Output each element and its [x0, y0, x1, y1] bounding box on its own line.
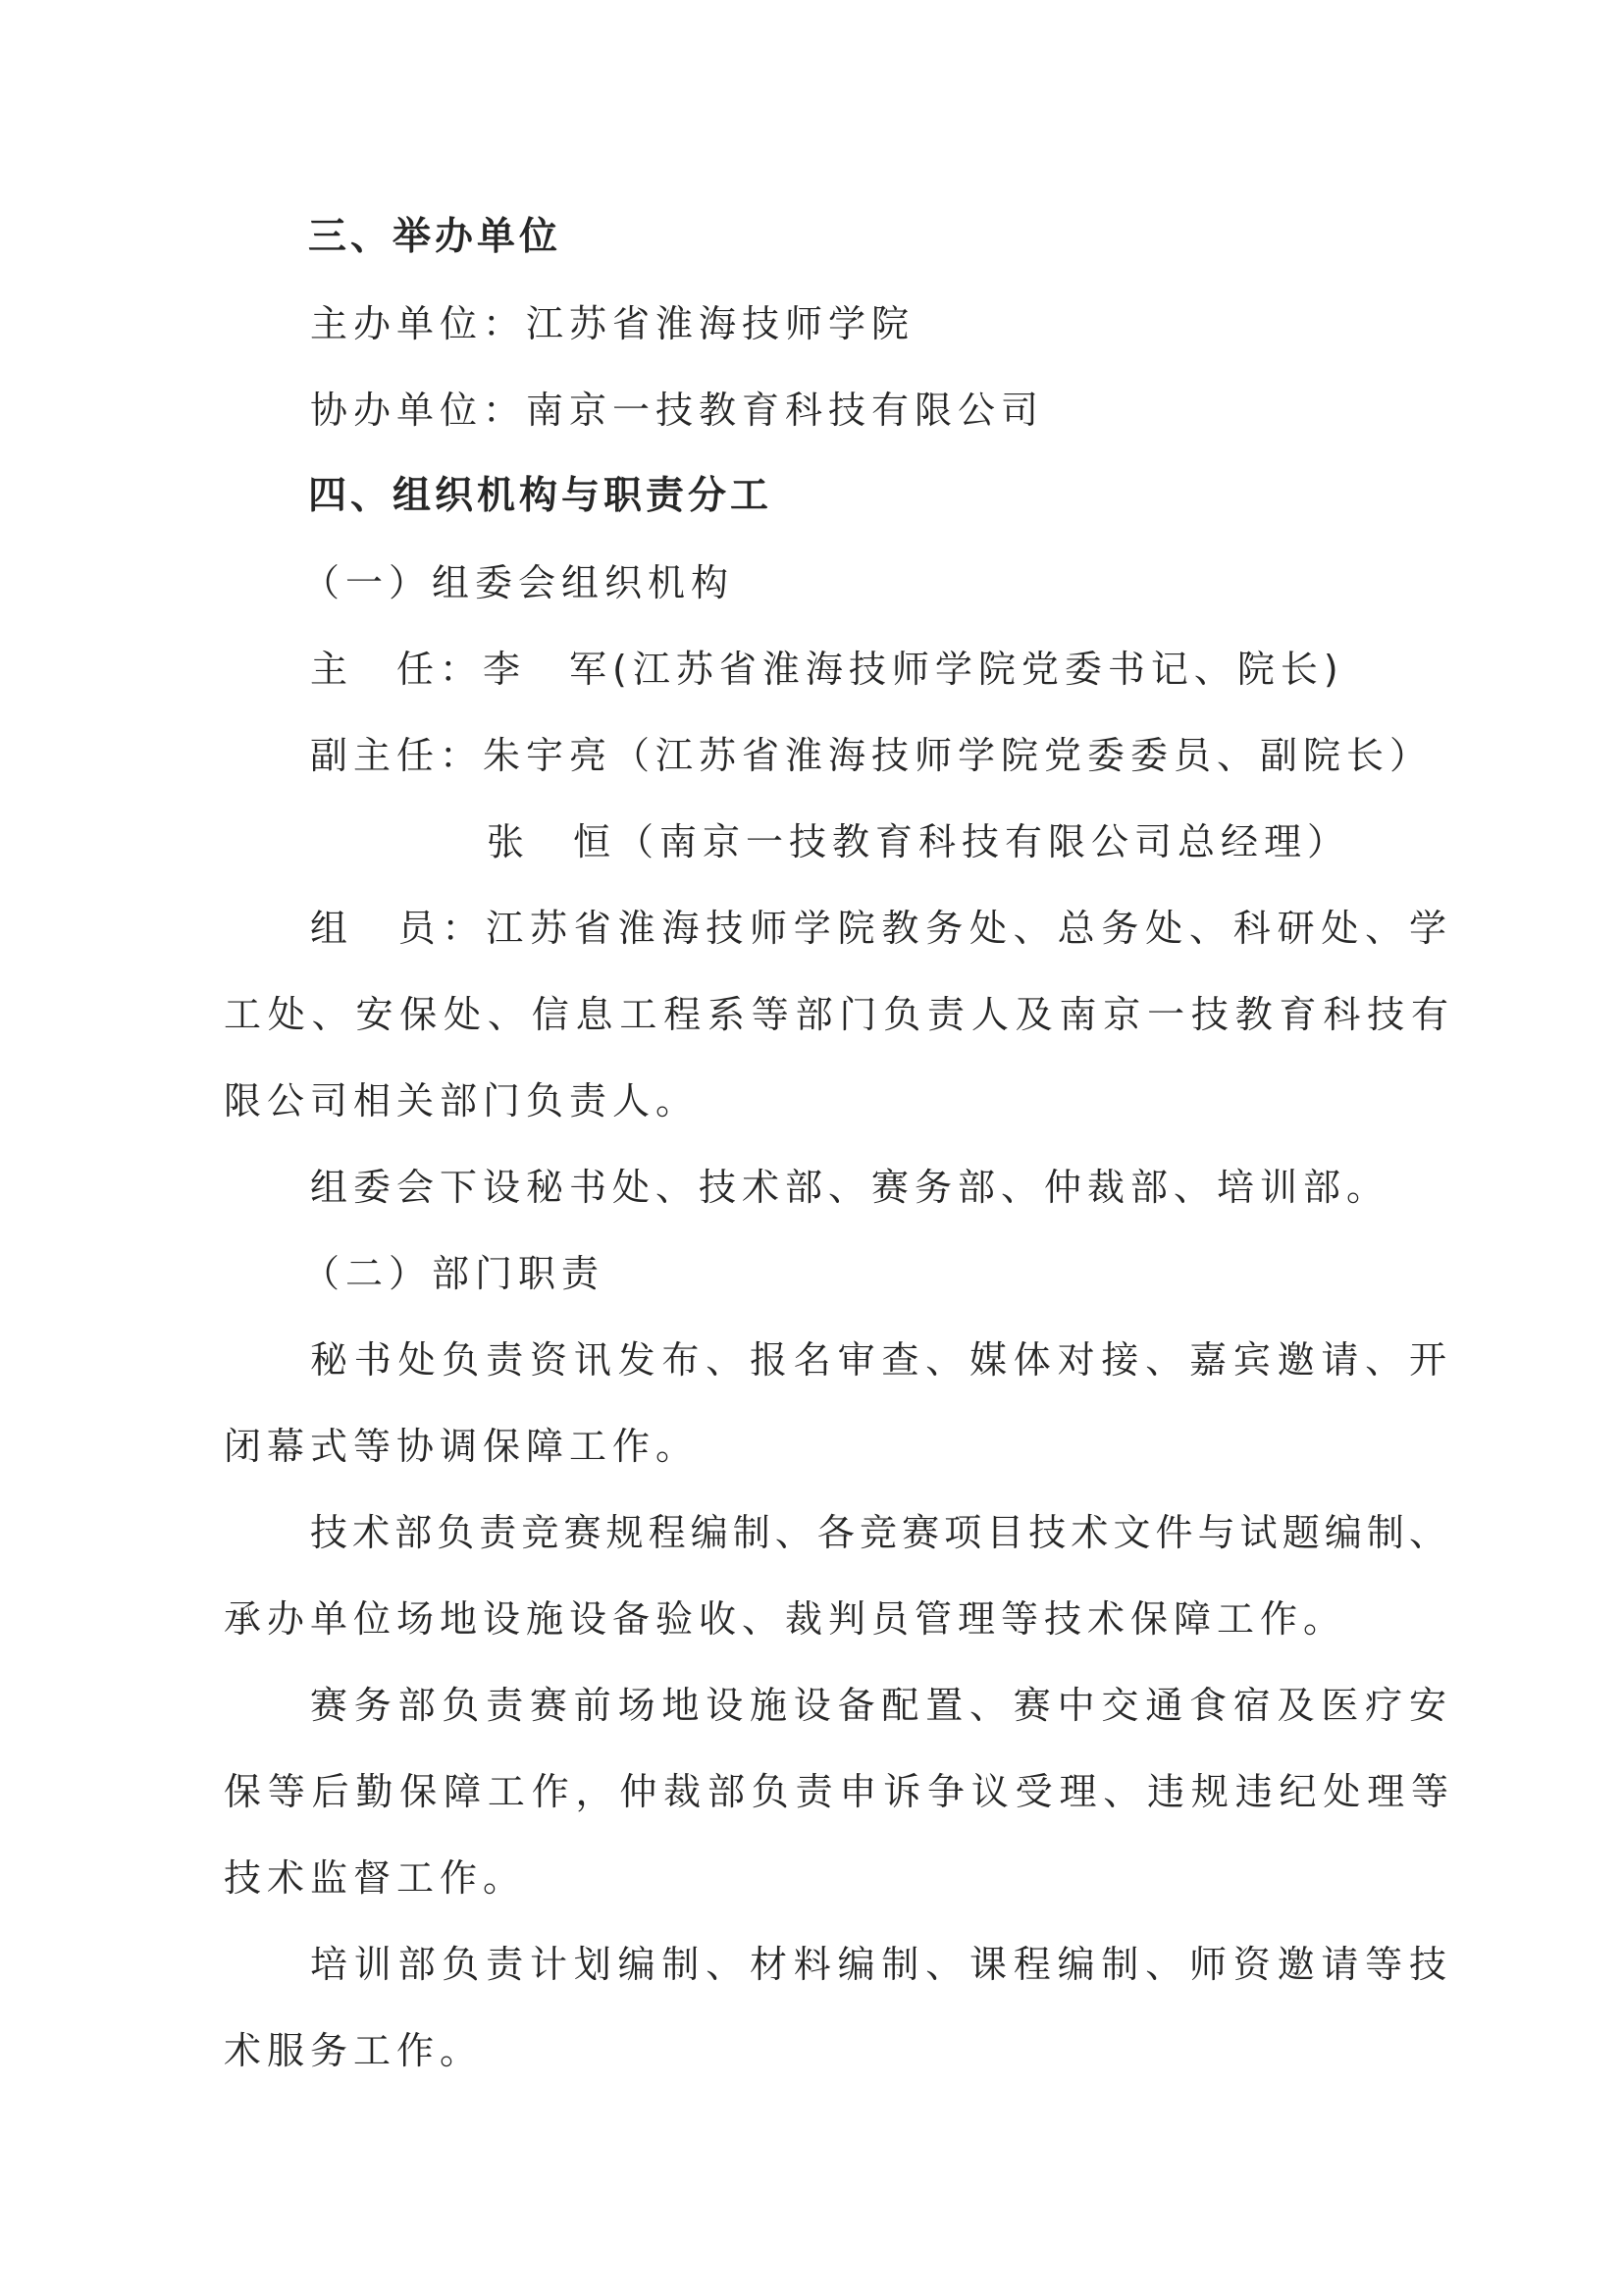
host-organizer-line: 主办单位：江苏省淮海技师学院: [224, 281, 1450, 367]
document-page: 三、举办单位 主办单位：江苏省淮海技师学院 协办单位：南京一技教育科技有限公司 …: [0, 0, 1623, 2296]
subsection-1-heading: （一）组委会组织机构: [224, 540, 1450, 626]
training-duty-line-1: 培训部负责计划编制、材料编制、课程编制、师资邀请等技: [224, 1921, 1448, 2008]
co-organizer-line: 协办单位：南京一技教育科技有限公司: [224, 367, 1450, 453]
director-label: 主 任：: [310, 648, 483, 691]
technical-duty-line-2: 承办单位场地设施设备验收、裁判员管理等技术保障工作。: [224, 1576, 1450, 1662]
secretariat-duty-line-2: 闭幕式等协调保障工作。: [224, 1403, 1450, 1489]
members-line-1: 组 员：江苏省淮海技师学院教务处、总务处、科研处、学: [224, 885, 1448, 971]
secretariat-duty-line-1: 秘书处负责资讯发布、报名审查、媒体对接、嘉宾邀请、开: [224, 1317, 1448, 1403]
members-line-2: 工处、安保处、信息工程系等部门负责人及南京一技教育科技有: [224, 971, 1450, 1058]
section-3-heading: 三、举办单位: [224, 194, 1450, 281]
affairs-duty-line-3: 技术监督工作。: [224, 1835, 1450, 1921]
subsection-2-heading: （二）部门职责: [224, 1230, 1450, 1317]
co-organizer-value: 南京一技教育科技有限公司: [526, 389, 1044, 432]
deputy-director-line-1: 副主任：朱宇亮（江苏省淮海技师学院党委委员、副院长）: [224, 712, 1450, 799]
host-organizer-value: 江苏省淮海技师学院: [526, 302, 915, 345]
members-line-3: 限公司相关部门负责人。: [224, 1058, 1450, 1144]
document-body: 三、举办单位 主办单位：江苏省淮海技师学院 协办单位：南京一技教育科技有限公司 …: [224, 194, 1450, 2094]
co-organizer-label: 协办单位：: [310, 389, 526, 432]
technical-duty-line-1: 技术部负责竞赛规程编制、各竞赛项目技术文件与试题编制、: [224, 1489, 1448, 1576]
host-organizer-label: 主办单位：: [310, 302, 526, 345]
director-line: 主 任：李 军(江苏省淮海技师学院党委书记、院长): [224, 626, 1450, 712]
section-4-heading: 四、组织机构与职责分工: [224, 453, 1450, 540]
deputy-director-line-2: 张 恒（南京一技教育科技有限公司总经理）: [224, 799, 1450, 885]
departments-line: 组委会下设秘书处、技术部、赛务部、仲裁部、培训部。: [224, 1144, 1450, 1230]
director-value: 李 军(江苏省淮海技师学院党委书记、院长): [483, 648, 1344, 691]
affairs-duty-line-1: 赛务部负责赛前场地设施设备配置、赛中交通食宿及医疗安: [224, 1662, 1448, 1748]
deputy-director-value-1: 朱宇亮（江苏省淮海技师学院党委委员、副院长）: [483, 734, 1433, 777]
deputy-director-label: 副主任：: [310, 734, 483, 777]
affairs-duty-line-2: 保等后勤保障工作，仲裁部负责申诉争议受理、违规违纪处理等: [224, 1748, 1450, 1835]
training-duty-line-2: 术服务工作。: [224, 2008, 1450, 2094]
